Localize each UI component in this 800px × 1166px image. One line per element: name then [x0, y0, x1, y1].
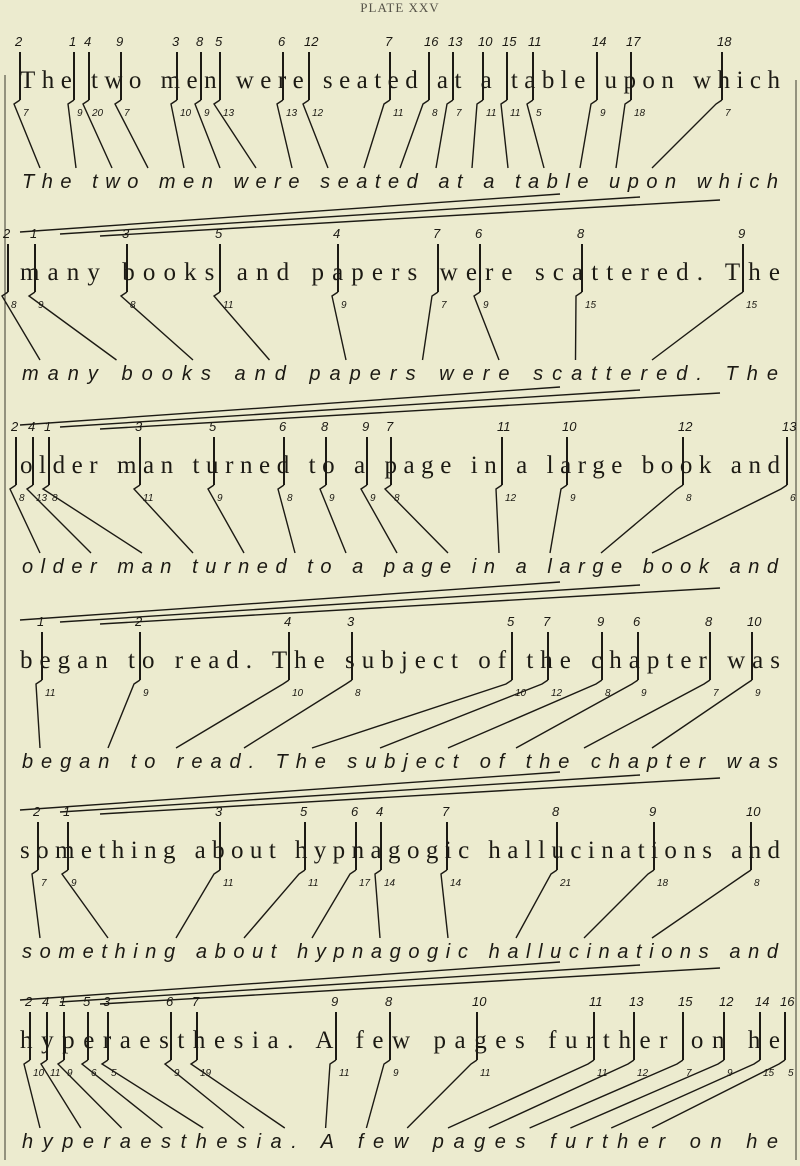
fixation-duration-label: 7: [725, 108, 731, 119]
fixation-order-label: 15: [502, 34, 517, 49]
connector-line: [616, 100, 631, 168]
fixation-order-label: 4: [42, 994, 49, 1009]
connector-line: [441, 870, 448, 938]
connector-line: [214, 100, 256, 168]
connector-line: [366, 1060, 390, 1128]
fixation-duration-label: 9: [755, 688, 761, 699]
fixation-duration-label: 11: [486, 108, 496, 119]
connector-line: [208, 485, 244, 553]
fixation-duration-label: 11: [223, 878, 233, 889]
connector-line: [501, 100, 508, 168]
connector-line: [32, 870, 40, 938]
line-transition-connector: [100, 588, 720, 624]
connector-line: [652, 292, 743, 360]
connector-line: [68, 100, 76, 168]
fixation-duration-label: 11: [45, 688, 55, 699]
fixation-duration-label: 21: [559, 878, 571, 889]
fixation-duration-label: 8: [11, 300, 17, 311]
plate-block: The two men were seated at a table upon …: [14, 34, 780, 193]
fixation-order-label: 7: [386, 419, 394, 434]
fixation-order-label: 4: [284, 614, 291, 629]
fixation-duration-label: 17: [359, 878, 371, 889]
fixation-duration-label: 8: [686, 493, 692, 504]
connector-line: [312, 680, 512, 748]
fixation-duration-label: 11: [143, 493, 153, 504]
fixation-order-label: 17: [626, 34, 641, 49]
fixation-order-label: 8: [385, 994, 393, 1009]
fixation-duration-label: 5: [536, 108, 542, 119]
printed-line: older man turned to a page in a large bo…: [20, 452, 780, 479]
plate-block: many books and papers were scattered. Th…: [2, 194, 780, 385]
connector-line: [364, 100, 390, 168]
fixation-duration-label: 18: [657, 878, 669, 889]
fixation-order-label: 8: [321, 419, 329, 434]
line-transition-connector: [60, 197, 640, 234]
connector-line: [62, 870, 108, 938]
printed-line: The two men were seated at a table upon …: [20, 67, 780, 94]
fixation-order-label: 3: [122, 226, 130, 241]
plate-block: older man turned to a page in a large bo…: [10, 387, 797, 578]
fixation-order-label: 10: [472, 994, 487, 1009]
fixation-order-label: 12: [678, 419, 693, 434]
fixation-duration-label: 11: [223, 300, 233, 311]
line-transition-connector: [20, 387, 560, 425]
line-transition-connector: [100, 393, 720, 429]
reproduced-line: older man turned to a page in a large bo…: [22, 556, 779, 578]
fixation-duration-label: 7: [456, 108, 462, 119]
fixation-order-label: 6: [351, 804, 359, 819]
fixation-order-label: 9: [649, 804, 656, 819]
fixation-order-label: 3: [103, 994, 111, 1009]
connector-line: [176, 870, 220, 938]
printed-line: hyperaesthesia. A few pages further on h…: [20, 1027, 780, 1054]
connector-line: [36, 680, 42, 748]
fixation-order-label: 5: [209, 419, 217, 434]
fixation-duration-label: 14: [450, 878, 462, 889]
fixation-order-label: 2: [24, 994, 33, 1009]
printed-line: something about hypnagogic hallucination…: [20, 837, 780, 864]
line-transition-connector: [100, 200, 720, 236]
connector-line: [652, 680, 752, 748]
fixation-order-label: 6: [475, 226, 483, 241]
fixation-duration-label: 8: [754, 878, 760, 889]
fixation-duration-label: 10: [33, 1068, 45, 1079]
fixation-order-label: 6: [279, 419, 287, 434]
fixation-duration-label: 9: [329, 493, 335, 504]
connector-line: [489, 1060, 634, 1128]
fixation-order-label: 2: [32, 804, 41, 819]
fixation-order-label: 11: [528, 34, 542, 49]
fixation-order-label: 3: [347, 614, 355, 629]
fixation-order-label: 1: [69, 34, 76, 49]
fixation-duration-label: 7: [23, 108, 29, 119]
fixation-duration-label: 13: [36, 493, 48, 504]
fixation-order-label: 9: [331, 994, 338, 1009]
fixation-order-label: 9: [597, 614, 604, 629]
connector-line: [550, 485, 567, 553]
fixation-duration-label: 7: [124, 108, 130, 119]
fixation-order-label: 5: [300, 804, 308, 819]
reproduced-line: many books and papers were scattered. Th…: [22, 363, 778, 385]
fixation-duration-label: 9: [341, 300, 347, 311]
plate-block: something about hypnagogic hallucination…: [20, 772, 780, 963]
connector-line: [423, 292, 439, 360]
fixation-duration-label: 7: [713, 688, 719, 699]
fixation-duration-label: 9: [370, 493, 376, 504]
connector-line: [375, 870, 381, 938]
fixation-order-label: 6: [166, 994, 174, 1009]
connector-line: [652, 100, 722, 168]
fixation-order-label: 4: [333, 226, 340, 241]
fixation-duration-label: 9: [77, 108, 83, 119]
connector-line: [472, 100, 483, 168]
fixation-order-label: 1: [30, 226, 37, 241]
fixation-duration-label: 11: [308, 878, 318, 889]
fixation-order-label: 8: [552, 804, 560, 819]
fixation-duration-label: 6: [790, 493, 796, 504]
connector-line: [41, 1060, 81, 1128]
fixation-duration-label: 7: [441, 300, 447, 311]
fixation-duration-label: 9: [483, 300, 489, 311]
fixation-order-label: 8: [577, 226, 585, 241]
fixation-duration-label: 7: [41, 878, 47, 889]
fixation-order-label: 13: [629, 994, 644, 1009]
line-transition-connector: [100, 778, 720, 814]
printed-line: began to read. The subject of the chapte…: [20, 647, 780, 674]
fixation-order-label: 8: [705, 614, 713, 629]
fixation-duration-label: 13: [286, 108, 298, 119]
fixation-order-label: 2: [2, 226, 11, 241]
fixation-duration-label: 10: [292, 688, 304, 699]
fixation-duration-label: 9: [217, 493, 223, 504]
fixation-order-label: 6: [278, 34, 286, 49]
fixation-duration-label: 8: [287, 493, 293, 504]
fixation-duration-label: 11: [480, 1068, 490, 1079]
connector-line: [448, 1060, 594, 1128]
fixation-order-label: 4: [28, 419, 35, 434]
fixation-duration-label: 11: [50, 1068, 60, 1079]
fixation-duration-label: 12: [551, 688, 563, 699]
fixation-order-label: 9: [738, 226, 745, 241]
fixation-duration-label: 8: [432, 108, 438, 119]
fixation-order-label: 9: [116, 34, 123, 49]
fixation-duration-label: 9: [600, 108, 606, 119]
connector-line: [312, 870, 356, 938]
fixation-order-label: 10: [562, 419, 577, 434]
fixation-order-label: 5: [507, 614, 515, 629]
fixation-duration-label: 9: [143, 688, 149, 699]
fixation-duration-label: 12: [505, 493, 517, 504]
printed-line: many books and papers were scattered. Th…: [20, 259, 780, 286]
connector-line: [516, 870, 557, 938]
connector-line: [115, 100, 148, 168]
fixation-order-label: 12: [304, 34, 319, 49]
fixation-duration-label: 8: [355, 688, 361, 699]
fixation-duration-label: 11: [393, 108, 403, 119]
fixation-order-label: 16: [780, 994, 795, 1009]
connector-line: [516, 680, 638, 748]
fixation-duration-label: 15: [746, 300, 758, 311]
connector-line: [400, 100, 429, 168]
reproduced-line: began to read. The subject of the chapte…: [22, 751, 778, 773]
fixation-order-label: 12: [719, 994, 734, 1009]
fixation-duration-label: 14: [384, 878, 396, 889]
fixation-duration-label: 11: [339, 1068, 349, 1079]
fixation-order-label: 7: [192, 994, 200, 1009]
fixation-order-label: 8: [196, 34, 204, 49]
fixation-order-label: 2: [14, 34, 23, 49]
fixation-order-label: 3: [172, 34, 180, 49]
fixation-duration-label: 5: [788, 1068, 794, 1079]
connector-line: [176, 680, 289, 748]
fixation-order-label: 7: [433, 226, 441, 241]
plate-block: began to read. The subject of the chapte…: [20, 582, 780, 773]
fixation-duration-label: 10: [180, 108, 192, 119]
line-transition-connector: [60, 965, 640, 1002]
fixation-order-label: 7: [385, 34, 393, 49]
connector-line: [652, 485, 787, 553]
fixation-duration-label: 13: [223, 108, 235, 119]
connector-line: [326, 1060, 336, 1128]
fixation-duration-label: 8: [19, 493, 25, 504]
connector-line: [407, 1060, 477, 1128]
fixation-order-label: 9: [362, 419, 369, 434]
fixation-order-label: 6: [633, 614, 641, 629]
line-transition-connector: [20, 772, 560, 810]
fixation-order-label: 11: [497, 419, 511, 434]
fixation-duration-label: 18: [634, 108, 646, 119]
connector-line: [496, 485, 502, 553]
fixation-order-label: 14: [755, 994, 769, 1009]
reproduced-line: The two men were seated at a table upon …: [22, 171, 778, 193]
fixation-order-label: 10: [478, 34, 493, 49]
connector-line: [601, 485, 683, 553]
fixation-order-label: 1: [44, 419, 51, 434]
eye-movement-plate: The two men were seated at a table upon …: [0, 0, 800, 1166]
fixation-order-label: 7: [442, 804, 450, 819]
fixation-duration-label: 9: [641, 688, 647, 699]
fixation-duration-label: 9: [204, 108, 210, 119]
connector-line: [576, 292, 583, 360]
fixation-duration-label: 11: [510, 108, 520, 119]
connector-line: [580, 100, 597, 168]
reproduced-line: something about hypnagogic hallucination…: [22, 941, 779, 963]
line-transition-connector: [60, 390, 640, 427]
fixation-duration-label: 12: [312, 108, 324, 119]
line-transition-connector: [100, 968, 720, 1004]
connector-line: [584, 680, 710, 748]
connector-line: [102, 1060, 203, 1128]
fixation-duration-label: 15: [585, 300, 597, 311]
connector-line: [244, 870, 305, 938]
fixation-duration-label: 9: [570, 493, 576, 504]
fixation-order-label: 4: [376, 804, 383, 819]
fixation-order-label: 4: [84, 34, 91, 49]
fixation-order-label: 18: [717, 34, 732, 49]
fixation-order-label: 16: [424, 34, 439, 49]
fixation-duration-label: 9: [393, 1068, 399, 1079]
fixation-order-label: 10: [746, 804, 761, 819]
connector-line: [436, 100, 453, 168]
fixation-order-label: 7: [543, 614, 551, 629]
fixation-duration-label: 20: [91, 108, 104, 119]
plate-block: hyperaesthesia. A few pages further on h…: [20, 962, 795, 1153]
fixation-order-label: 13: [782, 419, 797, 434]
fixation-order-label: 13: [448, 34, 463, 49]
reproduced-line: hyperaesthesia. A few pages further on h…: [22, 1131, 778, 1153]
connector-line: [108, 680, 140, 748]
connector-line: [584, 870, 654, 938]
fixation-order-label: 1: [37, 614, 44, 629]
fixation-order-label: 10: [747, 614, 762, 629]
fixation-order-label: 5: [83, 994, 91, 1009]
fixation-order-label: 15: [678, 994, 693, 1009]
fixation-order-label: 11: [589, 994, 603, 1009]
fixation-order-label: 14: [592, 34, 606, 49]
fixation-order-label: 5: [215, 34, 223, 49]
connector-line: [2, 292, 40, 360]
fixation-order-label: 2: [10, 419, 19, 434]
